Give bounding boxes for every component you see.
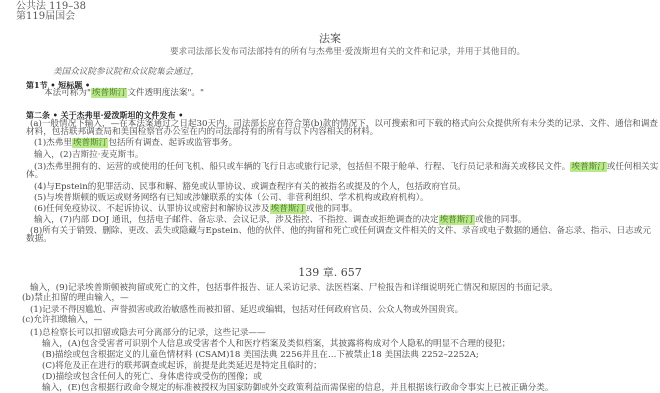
enacting-clause: 美国众议院参议院和众议院集会通过， [53,65,199,77]
subsection-c-heading: (c)允许扣缴输入，— [22,315,102,326]
document-subtitle: 要求司法部长发布司法部持有的所有与杰弗里·爱泼斯坦有关的文件和记录，并用于其他目… [170,47,525,58]
item-1: (1)杰弗里埃普斯汀包括所有调查、起诉或监管事务。 [34,138,237,149]
item-4: (4)与Epstein的犯罪活动、民事和解、豁免或认罪协议、或调查程序有关的被指… [34,182,466,193]
item-3-before: (3)杰弗里拥有的、运营的或使用的任何飞机、船只或车辆的飞行日志或旅行记录，包括… [34,162,570,172]
item-3-line2: 体。 [26,170,43,181]
item-8-line2: 数据。 [26,234,52,245]
highlighted-term: 埃普斯汀 [72,138,108,148]
highlighted-term: 埃普斯汀 [270,204,306,214]
section2-a-line2: 材料，包括联邦调查局和美国检察官办公室在内的司法部持有的所有与以下内容相关的材料… [26,127,378,138]
item-2: 输入，(2)吉斯拉·麦克斯韦。 [34,150,143,161]
subsection-c1: (1)总检察长可以扣留或隐去可分离部分的记录，这些记录—— [30,328,266,339]
item-1-before: (1)杰弗里 [34,138,72,148]
item-8-line1: (8)所有关于销毁、删除、更改、丢失或隐藏与Epstein、他的伙伴、他的拘留和… [30,226,651,237]
item-7: 输入，(7)内部 DOJ 通讯，包括电子邮件、备忘录、会议记录，涉及指控、不指控… [34,215,527,226]
document-title: 法案 [0,30,660,46]
subsection-b-heading: (b)禁止扣留的理由输入，— [22,293,129,304]
item-5: (5)与埃普斯顿的贩运或财务网络有已知或涉嫌联系的实体（公司、非营利组织、学术机… [34,193,429,204]
subsection-cE: 输入，(E)包含根据行政命令规定的标准被授权为国家防御或外交政策利益而需保密的信… [42,383,553,393]
section1-text-after: 文件透明度法案"。" [127,88,204,98]
subsection-cA: 输入，(A)包含受害者可识别个人信息或受害者个人和医疗档案及类似档案，其披露将构… [42,339,510,350]
section1-text-before: 本法可称为" [44,88,91,98]
subsection-cB: (B)描绘或包含根据定义的儿童色情材料 (CSAM)18 美国法典 2256并且… [42,350,479,361]
highlighted-term: 埃普斯汀 [570,162,606,172]
item-3-line1: (3)杰弗里拥有的、运营的或使用的任何飞机、船只或车辆的飞行日志或旅行记录，包括… [34,162,658,173]
page-footer: 139 章. 657 [0,264,660,280]
item-6-before: (6)任何免疫协议、不起诉协议、认罪协议或密封和解协议涉及 [34,204,270,214]
item-6: (6)任何免疫协议、不起诉协议、认罪协议或密封和解协议涉及埃普斯汀或他的同事。 [34,204,358,215]
section1-text: 本法可称为"埃普斯汀文件透明度法案"。" [44,88,204,99]
item-7-after: 或他的同事。 [475,215,527,225]
congress-label: 第119届国会 [16,12,75,22]
item-6-after: 或他的同事。 [306,204,358,214]
subsection-cC: (C)将危及正在进行的联邦调查或起诉，前提是此类延迟是特定且临时的； [42,361,322,372]
item-1-after: 包括所有调查、起诉或监管事务。 [108,138,237,148]
item-7-before: 输入，(7)内部 DOJ 通讯，包括电子邮件、备忘录、会议记录，涉及指控、不指控… [34,215,439,225]
item-3-after: 或任何相关实 [607,162,659,172]
highlighted-term: 埃普斯汀 [439,215,475,225]
highlighted-term: 埃普斯汀 [91,88,127,98]
subsection-cD: (D)描绘或包含任何人的死亡、身体虐待或受伤的图像；或 [42,372,262,383]
